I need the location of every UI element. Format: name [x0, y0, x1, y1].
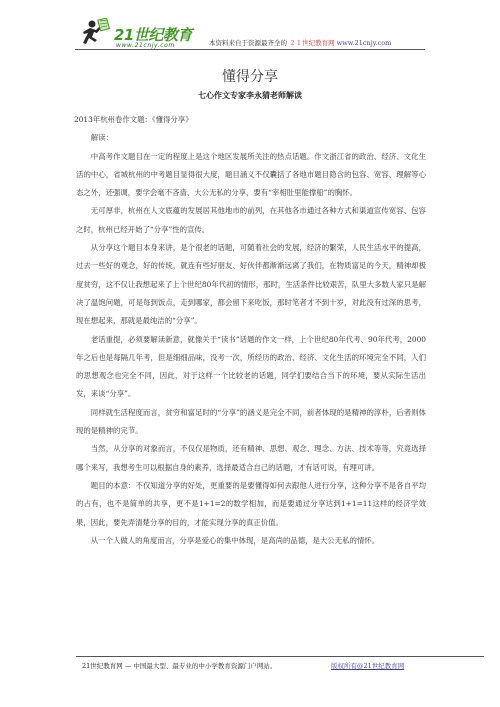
copyright-link[interactable]: 版权所有@21世纪教育网 [331, 661, 404, 670]
tagline-prefix: 本资料来自于资源最齐全的 [209, 39, 287, 47]
page-header: 21世纪教育 www.21cnjy.com 本资料来自于资源最齐全的 ２１世纪教… [75, 12, 425, 52]
footer-divider [76, 656, 484, 657]
document-page: 21世纪教育 www.21cnjy.com 本资料来自于资源最齐全的 ２１世纪教… [0, 0, 500, 707]
paragraph: 同样就生活程度而言，贫穷和富足时的“分享”的涵义是完全不同，前者体现的是精神的淳… [76, 404, 426, 441]
paragraph: 老话重提，必须要解读新意，就像关于“读书”话题的作文一样，上个世纪80年代考、9… [76, 331, 426, 404]
document-body: 2013年杭州卷作文题：《懂得分享》 解读： 中高考作文题目在一定的程度上是这个… [76, 111, 426, 550]
runner-logo-icon [80, 18, 112, 48]
section-label: 解读： [76, 129, 426, 147]
site-logo[interactable]: 21世纪教育 www.21cnjy.com [80, 14, 200, 50]
paragraph: 从一个人做人的角度而言，分享是爱心的集中体现，是高尚的品德，是大公无私的情怀。 [76, 532, 426, 550]
paragraph: 题目的本意：不仅知道分享的好处，更重要的是要懂得如何去跟他人进行分享，这种分享不… [76, 477, 426, 532]
prompt-line: 2013年杭州卷作文题：《懂得分享》 [74, 111, 426, 129]
paragraph: 当然，从分享的对象而言，不仅仅是物质，还有精神、思想、观念、理念、方法、技术等等… [76, 440, 426, 477]
footer-text: 21世纪教育网 — 中国最大型、最专业的中小学教育资源门户网站。 [82, 661, 276, 670]
tagline-brand: ２１世纪教育网 [289, 39, 335, 47]
page-subtitle: 七心作文专家李永猜老师解读 [0, 90, 500, 101]
page-title: 懂得分享 [0, 66, 500, 86]
header-tagline: 本资料来自于资源最齐全的 ２１世纪教育网 www.21cnjy.com [209, 38, 391, 47]
logo-url: www.21cnjy.com [116, 42, 175, 49]
header-divider [75, 49, 425, 50]
paragraph: 从分享这个题目本身来讲，是个很老的话题，可随着社会的发展，经济的繁荣，人民生活水… [76, 239, 426, 330]
tagline-url-link[interactable]: www.21cnjy.com [337, 39, 392, 47]
paragraph: 无可厚非，杭州在人文底蕴的发展居其他地市的前列，在其他各市通过各种方式和渠道宣传… [76, 202, 426, 239]
paragraph: 中高考作文题目在一定的程度上是这个地区发展所关注的热点话题。作文浙江省的政治、经… [76, 148, 426, 203]
